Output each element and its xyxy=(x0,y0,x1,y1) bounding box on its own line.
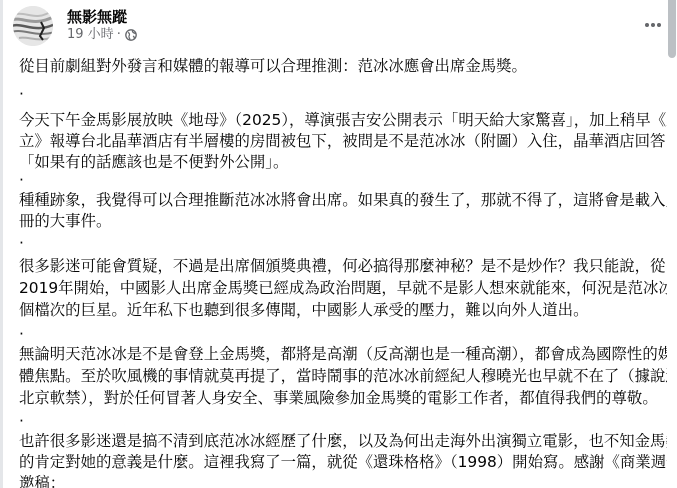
post-line: 邀稿： xyxy=(19,473,65,488)
post-line: 立》報導台北晶華酒店有半層樓的房間被包下，被問是不是范冰冰（附圖）入住，晶華酒店… xyxy=(19,131,665,152)
post-line: 今天下午金馬影展放映《地母》（2025），導演張吉安公開表示「明天給大家驚喜」，… xyxy=(19,110,677,131)
post-line: 的肯定對她的意義是什麼。這裡我寫了一篇，就從《還珠格格》（1998）開始寫。感謝… xyxy=(19,452,677,473)
scrollbar-thumb[interactable] xyxy=(668,0,676,58)
post-timestamp[interactable]: 19 小時 xyxy=(67,27,114,43)
avatar-image xyxy=(13,6,53,46)
post-line: 也許很多影迷還是搞不清到底范冰冰經歷了什麼，以及為何出走海外出演獨立電影，也不知… xyxy=(19,431,677,452)
post-line: 體焦點。至於吹風機的事情就莫再提了，當時鬧事的范冰冰前經紀人穆曉光也早就不在了（… xyxy=(19,366,677,387)
paragraph-divider-dot: · xyxy=(19,411,24,432)
paragraph-divider-dot: · xyxy=(19,84,24,105)
post-meta: 19 小時 · xyxy=(67,27,137,43)
author-name[interactable]: 無影無蹤 xyxy=(67,7,127,27)
globe-icon[interactable] xyxy=(125,29,137,41)
more-options-icon xyxy=(651,23,655,27)
post-line: 「如果有的話應該也是不便對外公開」。 xyxy=(19,152,288,173)
scrollbar[interactable] xyxy=(667,0,677,488)
post-line: 從目前劇組對外發言和媒體的報導可以合理推測：范冰冰應會出席金馬獎。 xyxy=(19,56,527,77)
more-options-icon xyxy=(645,23,649,27)
post-line: 無論明天范冰冰是不是會登上金馬獎，都將是高潮（反高潮也是一種高潮），都會成為國際… xyxy=(19,344,673,365)
post-line: 種種跡象，我覺得可以合理推斷范冰冰將會出席。如果真的發生了，那就不得了，這將會是… xyxy=(19,190,677,211)
post-line: 2019年開始，中國影人出席金馬獎已經成為政治問題，早就不是影人想來就能來，何況… xyxy=(19,278,677,299)
facebook-post: 無影無蹤 19 小時 · 從目前劇組對外發言和媒體的報導可以合理推測：范冰冰應會… xyxy=(3,0,667,488)
meta-separator: · xyxy=(117,27,121,43)
post-line: 北京軟禁），對於任何冒著人身安全、事業風險參加金馬獎的電影工作者，都值得我們的尊… xyxy=(19,388,658,409)
post-line: 冊的大事件。 xyxy=(19,211,111,232)
paragraph-divider-dot: · xyxy=(19,324,24,345)
post-line: 很多影迷可能會質疑，不過是出席個頒獎典禮，何必搞得那麼神秘？是不是炒作？我只能說… xyxy=(19,256,665,277)
post-line: 個檔次的巨星。近年私下也聽到很多傳聞，中國影人承受的壓力，難以向外人道出。 xyxy=(19,300,588,321)
more-options-button[interactable] xyxy=(641,17,665,33)
avatar[interactable] xyxy=(13,6,53,46)
paragraph-divider-dot: · xyxy=(19,170,24,191)
paragraph-divider-dot: · xyxy=(19,233,24,254)
more-options-icon xyxy=(657,23,661,27)
